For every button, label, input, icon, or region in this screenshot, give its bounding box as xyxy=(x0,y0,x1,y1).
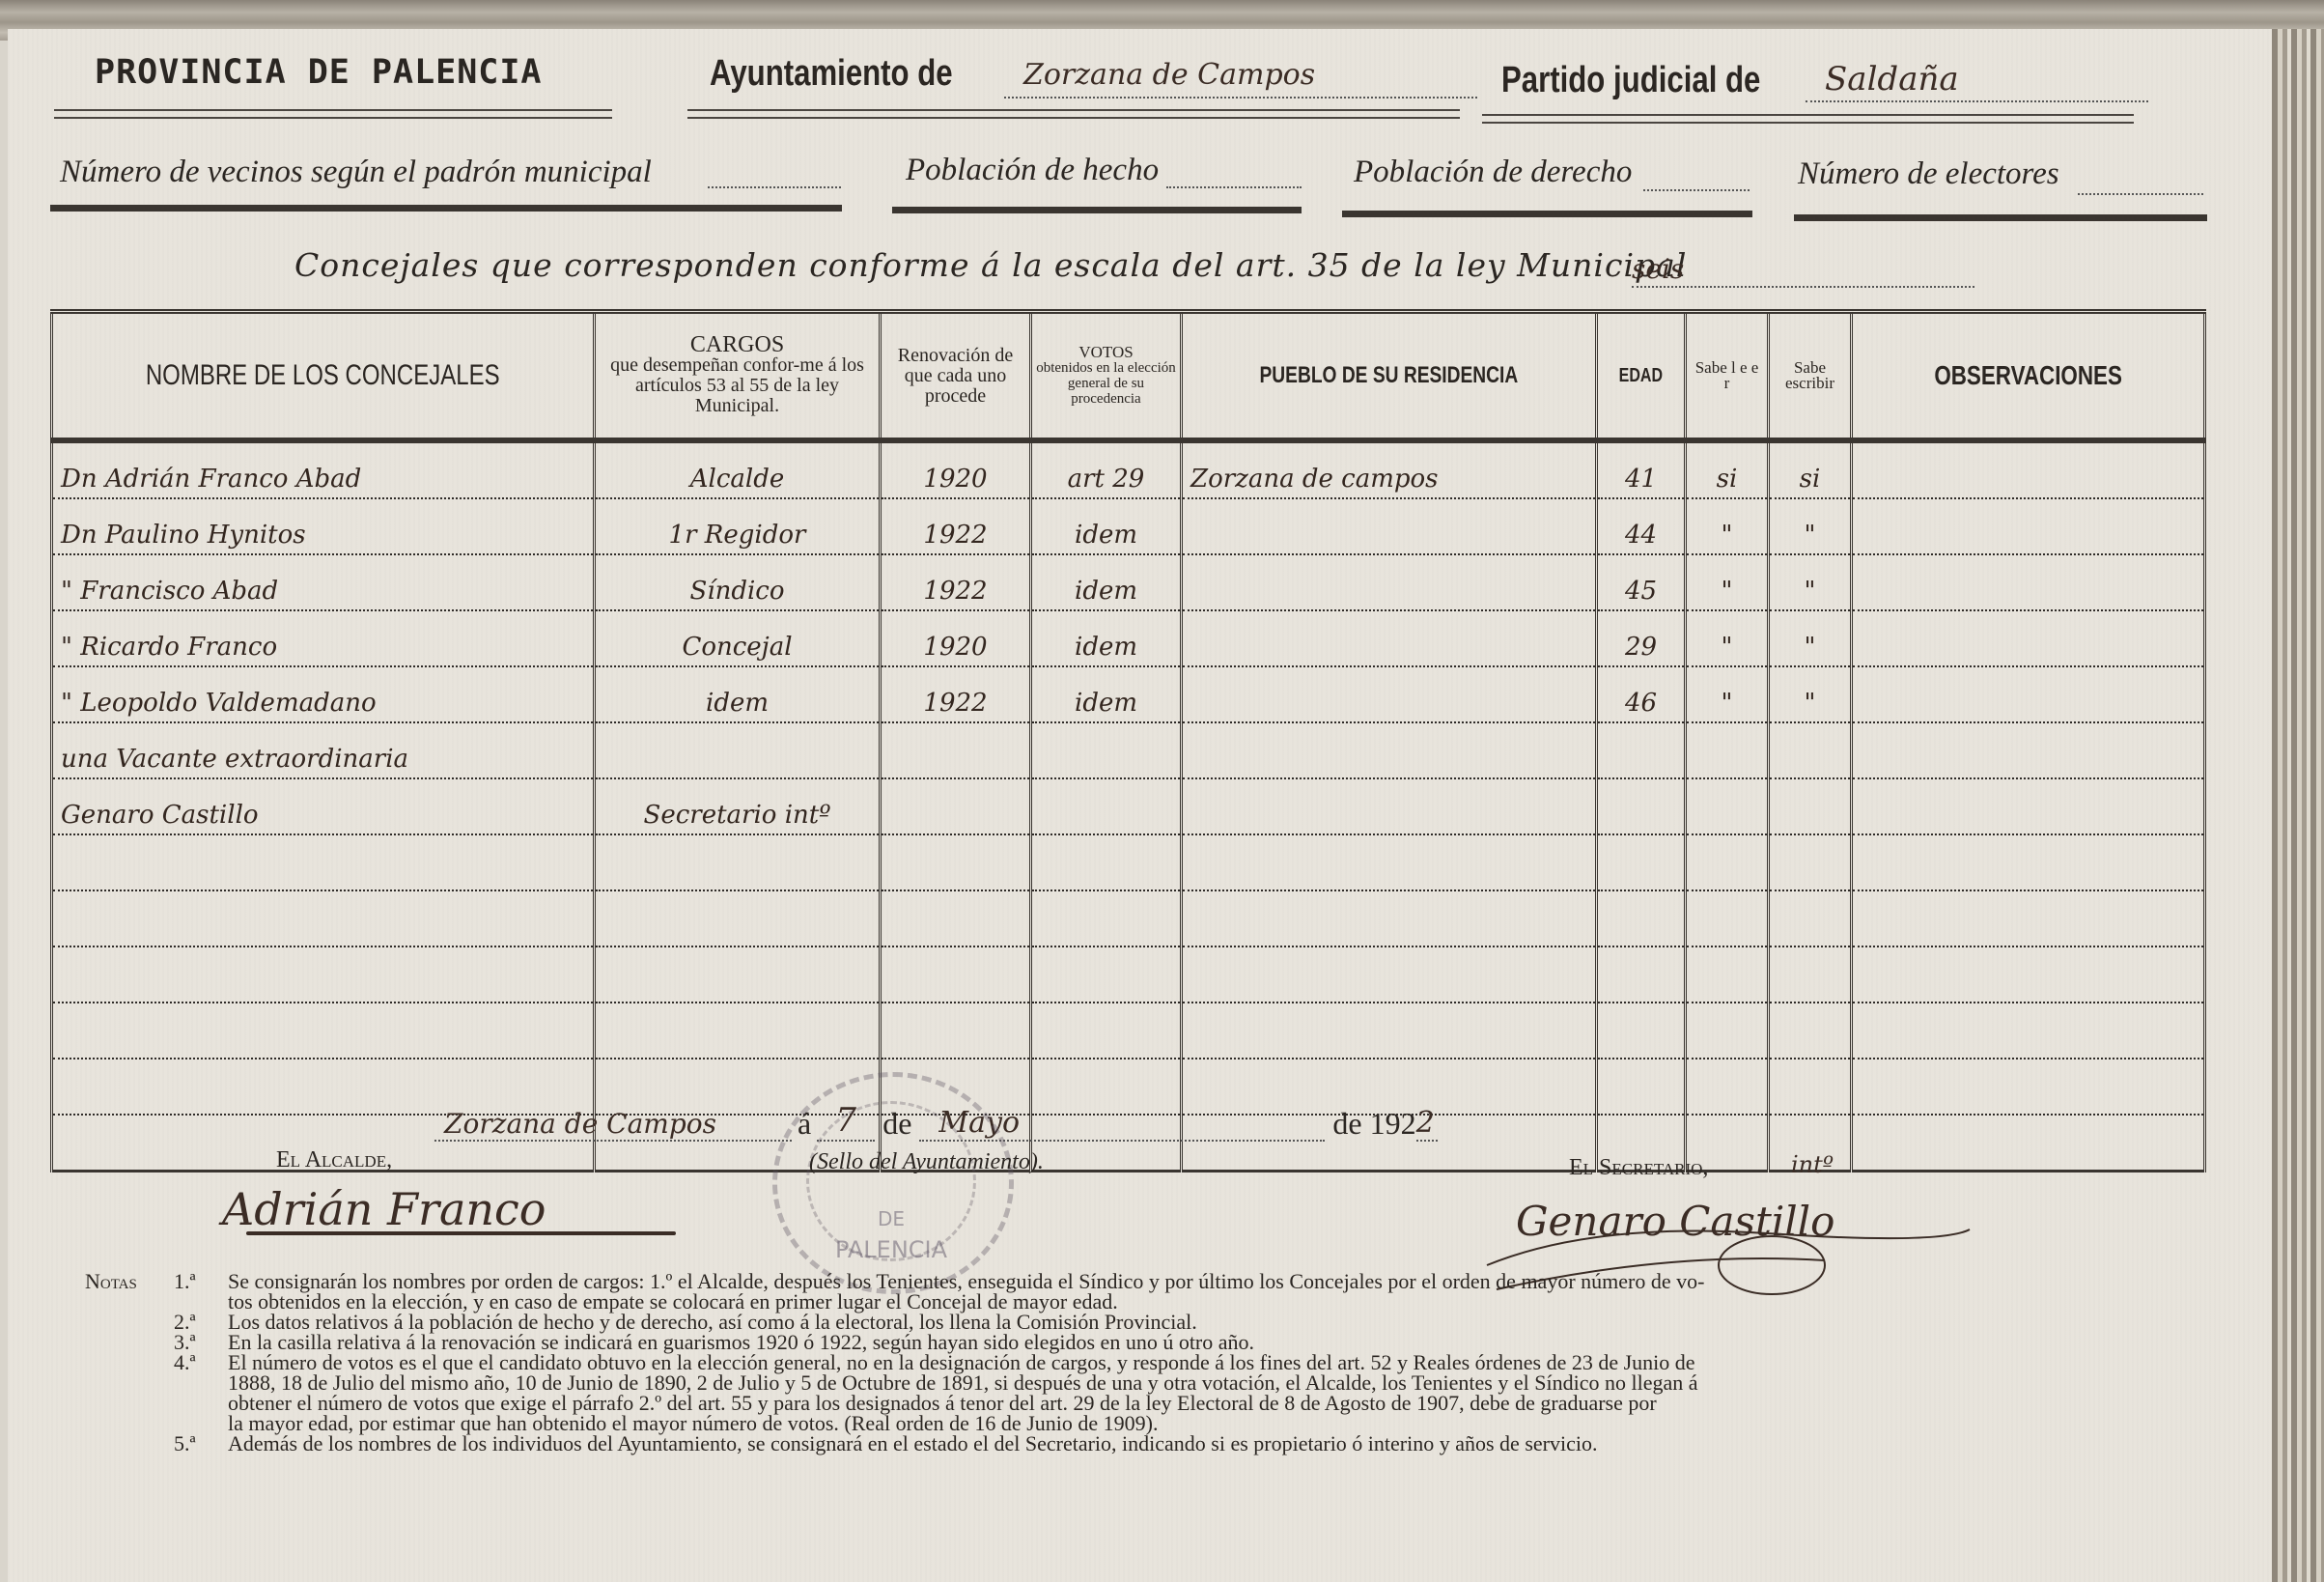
cell-escribir[interactable]: " xyxy=(1769,666,1852,722)
cell-cargo[interactable]: idem xyxy=(595,666,881,722)
note-2: 2.ª Los datos relativos á la población d… xyxy=(85,1312,2228,1332)
cell-cargo[interactable]: Concejal xyxy=(595,610,881,666)
derecho-rule xyxy=(1342,211,1752,217)
cell-escribir[interactable] xyxy=(1769,722,1852,778)
cell-cargo[interactable]: Síndico xyxy=(595,554,881,610)
cell-leer[interactable]: " xyxy=(1686,554,1769,610)
cell-observaciones[interactable] xyxy=(1852,498,2205,554)
hecho-field[interactable] xyxy=(1166,177,1302,188)
cell-renovacion[interactable] xyxy=(881,834,1031,890)
table-row xyxy=(52,946,2205,1003)
cell-renovacion[interactable]: 1922 xyxy=(881,498,1031,554)
cell-pueblo[interactable] xyxy=(1182,554,1597,610)
province-title: PROVINCIA DE PALENCIA xyxy=(95,53,543,92)
cell-edad[interactable] xyxy=(1597,778,1686,834)
partido-label: Partido judicial de xyxy=(1501,60,1760,101)
cell-pueblo[interactable] xyxy=(1182,1003,1597,1059)
partido-field[interactable]: Saldaña xyxy=(1806,60,2148,102)
cell-cargo[interactable] xyxy=(595,1003,881,1059)
cell-pueblo[interactable] xyxy=(1182,722,1597,778)
vecinos-field[interactable] xyxy=(708,177,841,188)
table-row: " Leopoldo Valdemadanoidem1922idem46"" xyxy=(52,666,2205,722)
cell-renovacion[interactable] xyxy=(881,722,1031,778)
cell-cargo[interactable] xyxy=(595,834,881,890)
sello-label: (Sello del Ayuntamiento). xyxy=(809,1149,1044,1175)
cell-renovacion[interactable]: 1922 xyxy=(881,554,1031,610)
table-row: " Francisco AbadSíndico1922idem45"" xyxy=(52,554,2205,610)
col-header-cargos: CARGOSque desempeñan confor-me á los art… xyxy=(595,312,881,441)
cell-escribir[interactable] xyxy=(1769,890,1852,946)
cell-leer[interactable] xyxy=(1686,778,1769,834)
electores-field[interactable] xyxy=(2078,184,2203,195)
col-header-votos: VOTOSobtenidos en la elección general de… xyxy=(1031,312,1182,441)
note-5: 5.ª Además de los nombres de los individ… xyxy=(85,1433,2228,1454)
cell-pueblo[interactable] xyxy=(1182,890,1597,946)
cell-observaciones[interactable] xyxy=(1852,778,2205,834)
secretario-interino-note: intº xyxy=(1791,1151,1834,1178)
table-row: una Vacante extraordinaria xyxy=(52,722,2205,778)
cell-votos[interactable] xyxy=(1031,834,1182,890)
cell-pueblo[interactable]: Zorzana de campos xyxy=(1182,440,1597,498)
cell-nombre[interactable] xyxy=(52,890,595,946)
cell-nombre[interactable] xyxy=(52,834,595,890)
cell-renovacion[interactable]: 1922 xyxy=(881,666,1031,722)
cell-renovacion[interactable] xyxy=(881,1003,1031,1059)
cell-renovacion[interactable] xyxy=(881,890,1031,946)
table-header-row: NOMBRE DE LOS CONCEJALES CARGOSque desem… xyxy=(52,312,2205,441)
note-1-cont: tos obtenidos en la elección, y en caso … xyxy=(85,1291,2228,1312)
cell-votos[interactable]: idem xyxy=(1031,610,1182,666)
cell-pueblo[interactable] xyxy=(1182,834,1597,890)
col-header-observaciones: OBSERVACIONES xyxy=(1852,312,2205,441)
cell-pueblo[interactable] xyxy=(1182,666,1597,722)
col-header-edad: EDAD xyxy=(1597,312,1686,441)
vecinos-rule xyxy=(50,205,842,212)
note-3: 3.ª En la casilla relativa á la renovaci… xyxy=(85,1332,2228,1352)
cell-observaciones[interactable] xyxy=(1852,1115,2205,1172)
cell-votos[interactable] xyxy=(1031,1003,1182,1059)
concejales-count-field[interactable]: seis xyxy=(1632,253,1974,288)
note-4-cont-2: obtener el número de votos que exige el … xyxy=(85,1393,2228,1413)
cell-pueblo[interactable] xyxy=(1182,778,1597,834)
cell-edad[interactable]: 41 xyxy=(1597,440,1686,498)
cell-observaciones[interactable] xyxy=(1852,440,2205,498)
cell-escribir[interactable] xyxy=(1769,834,1852,890)
note-1: Notas 1.ª Se consignarán los nombres por… xyxy=(85,1271,2228,1291)
cell-pueblo[interactable] xyxy=(1182,610,1597,666)
concejales-table: NOMBRE DE LOS CONCEJALES CARGOSque desem… xyxy=(50,309,2206,1172)
cell-observaciones[interactable] xyxy=(1852,890,2205,946)
hecho-label: Población de hecho xyxy=(906,153,1159,188)
ayuntamiento-label: Ayuntamiento de xyxy=(710,53,953,95)
province-underline xyxy=(54,109,612,119)
note-4-cont-3: la mayor edad, por estimar que han obten… xyxy=(85,1413,2228,1433)
col-header-escribir: Sabe escribir xyxy=(1769,312,1852,441)
ayuntamiento-field[interactable]: Zorzana de Campos xyxy=(1004,58,1477,99)
cell-pueblo[interactable] xyxy=(1182,946,1597,1003)
cell-leer[interactable]: " xyxy=(1686,498,1769,554)
cell-observaciones[interactable] xyxy=(1852,1003,2205,1059)
cell-leer[interactable] xyxy=(1686,890,1769,946)
cell-edad[interactable] xyxy=(1597,1003,1686,1059)
stamp-palencia-text: PALENCIA xyxy=(809,1236,973,1263)
cell-edad[interactable] xyxy=(1597,834,1686,890)
electores-rule xyxy=(1794,214,2207,221)
ayuntamiento-underline xyxy=(687,109,1460,119)
cell-observaciones[interactable] xyxy=(1852,1059,2205,1115)
hecho-rule xyxy=(892,207,1302,213)
cell-leer[interactable] xyxy=(1686,834,1769,890)
partido-underline xyxy=(1482,114,2134,124)
cell-observaciones[interactable] xyxy=(1852,554,2205,610)
cell-cargo[interactable] xyxy=(595,946,881,1003)
cell-observaciones[interactable] xyxy=(1852,610,2205,666)
alcalde-label: El Alcalde, xyxy=(276,1147,392,1173)
cell-cargo[interactable]: Secretario intº xyxy=(595,778,881,834)
col-header-leer: Sabe l e e r xyxy=(1686,312,1769,441)
cell-edad[interactable]: 46 xyxy=(1597,666,1686,722)
cell-edad[interactable] xyxy=(1597,890,1686,946)
table-row xyxy=(52,1003,2205,1059)
cell-leer[interactable]: " xyxy=(1686,610,1769,666)
table-row: Dn Paulino Hynitos1r Regidor1922idem44"" xyxy=(52,498,2205,554)
year-field[interactable]: 2 xyxy=(1416,1106,1438,1142)
notes-label: Notas xyxy=(85,1271,174,1291)
cell-escribir[interactable]: " xyxy=(1769,554,1852,610)
cell-nombre[interactable]: una Vacante extraordinaria xyxy=(52,722,595,778)
cell-leer[interactable] xyxy=(1686,722,1769,778)
table-row xyxy=(52,834,2205,890)
alcalde-signature-flourish xyxy=(246,1231,676,1235)
cell-escribir[interactable] xyxy=(1769,946,1852,1003)
cell-leer[interactable] xyxy=(1686,946,1769,1003)
cell-leer[interactable]: " xyxy=(1686,666,1769,722)
cell-votos[interactable]: art 29 xyxy=(1031,440,1182,498)
cell-pueblo[interactable] xyxy=(1182,498,1597,554)
cell-cargo[interactable]: 1r Regidor xyxy=(595,498,881,554)
cell-leer[interactable]: si xyxy=(1686,440,1769,498)
cell-observaciones[interactable] xyxy=(1852,834,2205,890)
cell-nombre[interactable]: " Francisco Abad xyxy=(52,554,595,610)
derecho-field[interactable] xyxy=(1643,180,1750,191)
col-header-nombre: NOMBRE DE LOS CONCEJALES xyxy=(52,312,595,441)
cell-votos[interactable]: idem xyxy=(1031,554,1182,610)
cell-cargo[interactable] xyxy=(595,890,881,946)
cell-escribir[interactable] xyxy=(1769,1059,1852,1115)
table-row: Dn Adrián Franco AbadAlcalde1920art 29Zo… xyxy=(52,440,2205,498)
table-row: Genaro CastilloSecretario intº xyxy=(52,778,2205,834)
cell-renovacion[interactable]: 1920 xyxy=(881,440,1031,498)
cell-nombre[interactable]: Dn Paulino Hynitos xyxy=(52,498,595,554)
cell-observaciones[interactable] xyxy=(1852,666,2205,722)
cell-votos[interactable] xyxy=(1031,946,1182,1003)
cell-votos[interactable]: idem xyxy=(1031,498,1182,554)
cell-nombre[interactable]: " Ricardo Franco xyxy=(52,610,595,666)
cell-nombre[interactable]: " Leopoldo Valdemadano xyxy=(52,666,595,722)
cell-leer[interactable] xyxy=(1686,1059,1769,1115)
cell-edad[interactable]: 44 xyxy=(1597,498,1686,554)
notes-section: Notas 1.ª Se consignarán los nombres por… xyxy=(85,1271,2228,1454)
year-prefix: de 192 xyxy=(1332,1106,1415,1142)
concejales-scale-label: Concejales que corresponden conforme á l… xyxy=(294,246,1687,284)
cell-cargo[interactable]: Alcalde xyxy=(595,440,881,498)
cell-edad[interactable]: 29 xyxy=(1597,610,1686,666)
cell-observaciones[interactable] xyxy=(1852,946,2205,1003)
cell-escribir[interactable] xyxy=(1769,778,1852,834)
cell-escribir[interactable]: si xyxy=(1769,440,1852,498)
cell-nombre[interactable] xyxy=(52,1003,595,1059)
derecho-label: Población de derecho xyxy=(1354,155,1632,190)
cell-observaciones[interactable] xyxy=(1852,722,2205,778)
cell-renovacion[interactable] xyxy=(881,946,1031,1003)
electores-label: Número de electores xyxy=(1798,156,2059,192)
alcalde-signature: Adrián Franco xyxy=(222,1183,546,1235)
cell-votos[interactable] xyxy=(1031,722,1182,778)
cell-escribir[interactable] xyxy=(1769,1003,1852,1059)
cell-renovacion[interactable]: 1920 xyxy=(881,610,1031,666)
cell-edad[interactable] xyxy=(1597,722,1686,778)
cell-votos[interactable]: idem xyxy=(1031,666,1182,722)
cell-nombre[interactable]: Dn Adrián Franco Abad xyxy=(52,440,595,498)
cell-escribir[interactable]: " xyxy=(1769,610,1852,666)
cell-edad[interactable]: 45 xyxy=(1597,554,1686,610)
cell-leer[interactable] xyxy=(1686,1003,1769,1059)
cell-renovacion[interactable] xyxy=(881,778,1031,834)
cell-edad[interactable] xyxy=(1597,946,1686,1003)
col-header-renovacion: Renovación de que cada uno procede xyxy=(881,312,1031,441)
secretario-label: El Secretario, xyxy=(1569,1155,1708,1181)
cell-nombre[interactable] xyxy=(52,946,595,1003)
table-row xyxy=(52,890,2205,946)
cell-nombre[interactable]: Genaro Castillo xyxy=(52,778,595,834)
cell-escribir[interactable]: " xyxy=(1769,498,1852,554)
table-row: " Ricardo FrancoConcejal1920idem29"" xyxy=(52,610,2205,666)
book-page-edges xyxy=(2272,29,2324,1582)
note-4: 4.ª El número de votos es el que el cand… xyxy=(85,1352,2228,1372)
cell-cargo[interactable] xyxy=(595,722,881,778)
col-header-pueblo: PUEBLO DE SU RESIDENCIA xyxy=(1182,312,1597,441)
cell-votos[interactable] xyxy=(1031,778,1182,834)
cell-votos[interactable] xyxy=(1031,890,1182,946)
note-4-cont-1: 1888, 18 de Julio del mismo año, 10 de J… xyxy=(85,1372,2228,1393)
stamp-de-text: DE xyxy=(838,1207,944,1230)
place-field[interactable]: Zorzana de Campos xyxy=(434,1108,792,1142)
cell-edad[interactable] xyxy=(1597,1059,1686,1115)
vecinos-label: Número de vecinos según el padrón munici… xyxy=(60,155,652,190)
